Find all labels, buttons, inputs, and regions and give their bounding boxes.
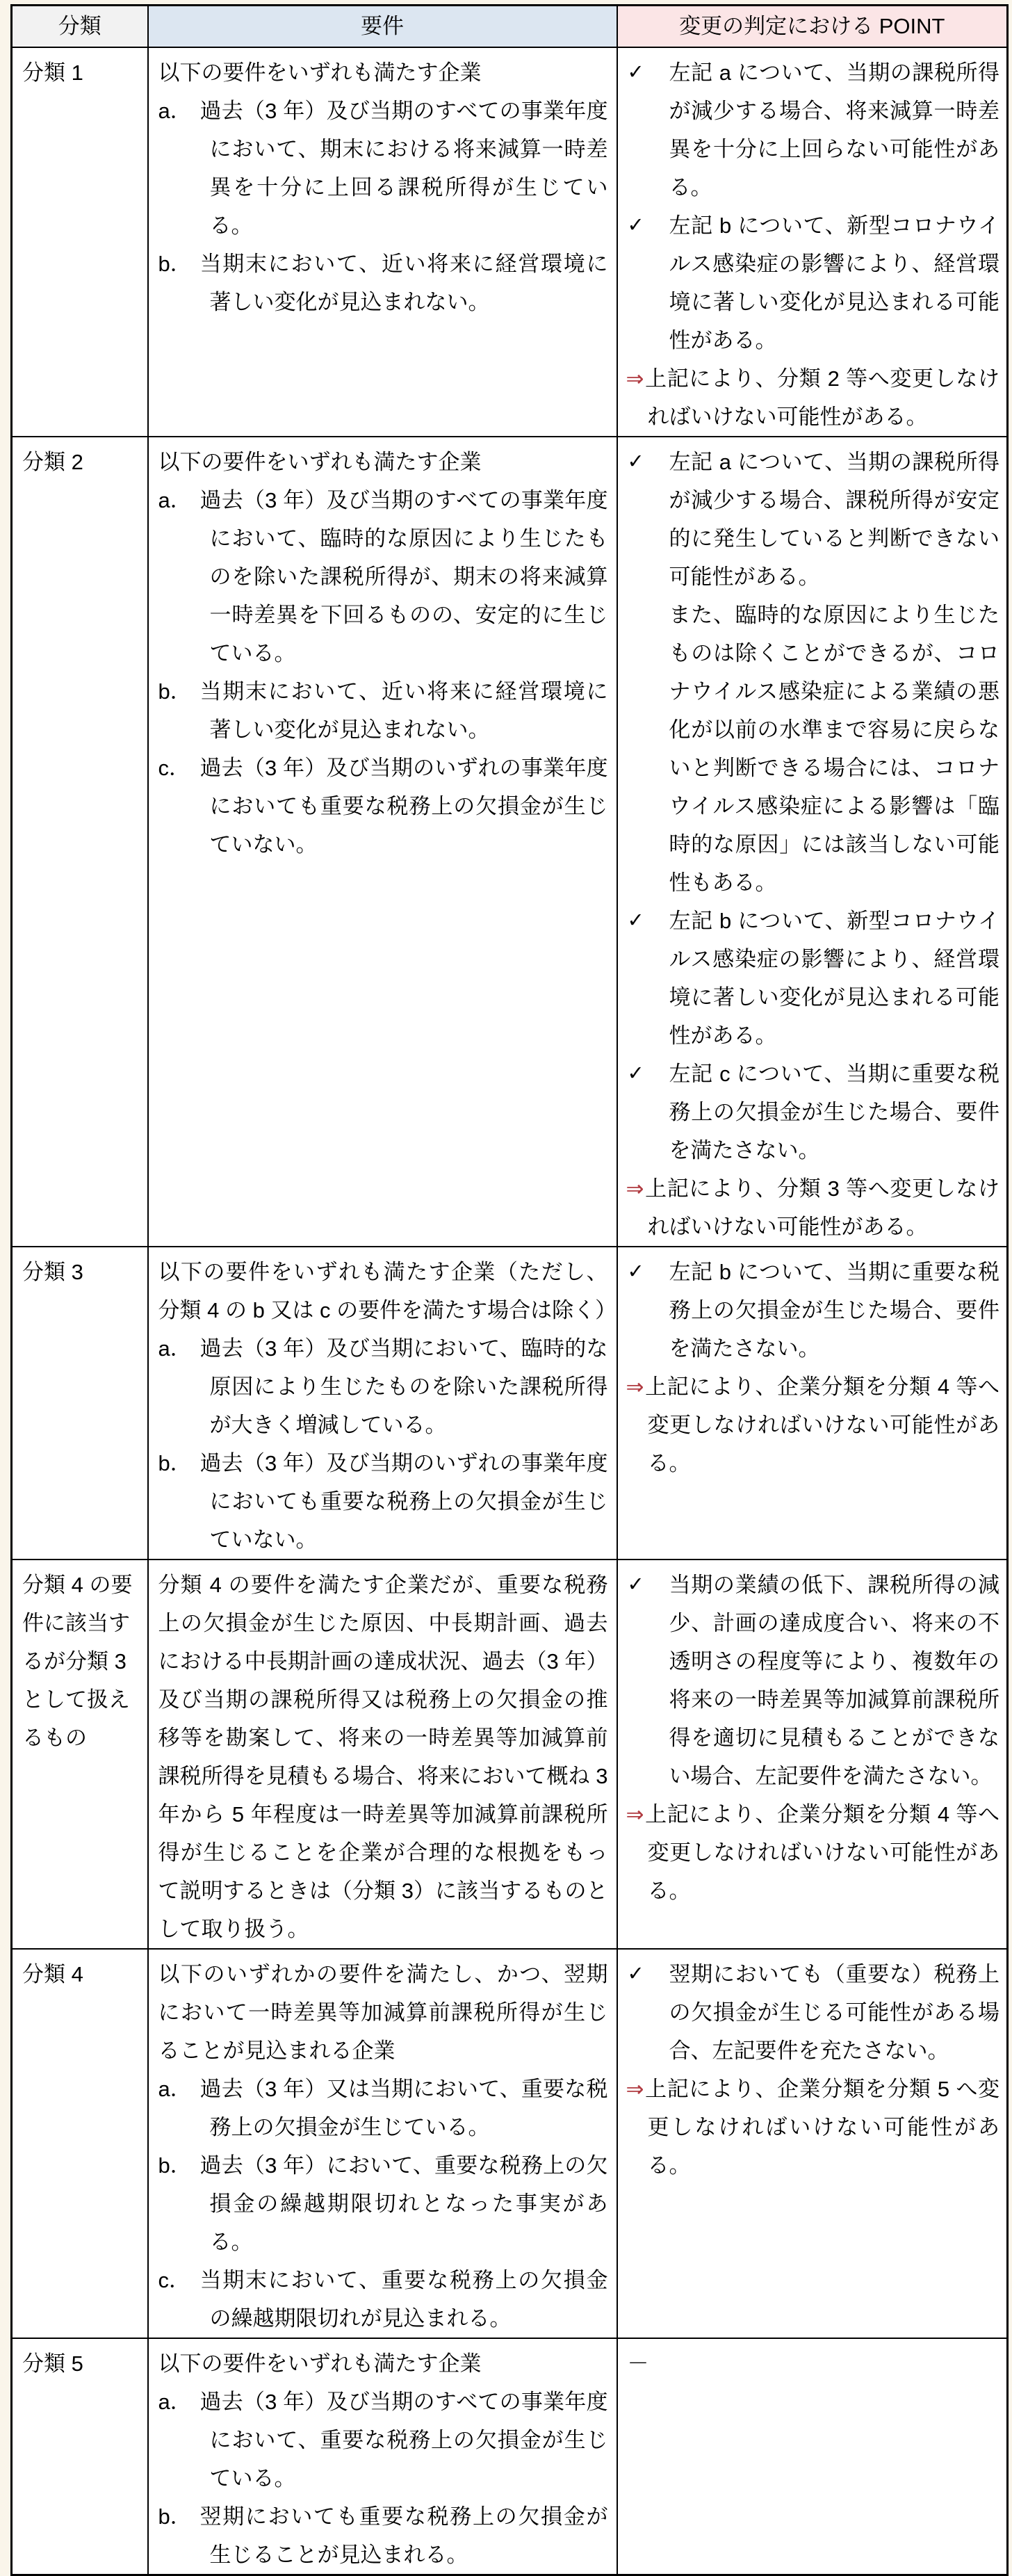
check-icon: ✓ [628,902,644,940]
item-text: 過去（3 年）及び当期において、臨時的な原因により生じたものを除いた課税所得が大… [200,1336,608,1437]
item-marker: c． [158,749,191,787]
arrow-note: ⇒上記により、分類 2 等へ変更しなければいけない可能性がある。 [626,359,1000,436]
table-row: 分類 2 以下の要件をいずれも満たす企業 a． 過去（3 年）及び当期のすべての… [12,437,1008,1247]
list-item: b． 当期末において、近い将来に経営環境に著しい変化が見込まれない。 [158,672,608,749]
row-label: 分類 4 の要件に該当するが分類 3 として扱えるもの [12,1560,148,1949]
arrow-text: 上記により、企業分類を分類 5 へ変更しなければいけない可能性がある。 [644,2077,999,2178]
check-item: ✓ 左記 a について、当期の課税所得が減少する場合、課税所得が安定的に発生して… [626,443,1000,596]
requirements-cell: 以下の要件をいずれも満たす企業（ただし、分類 4 の b 又は c の要件を満た… [148,1247,617,1560]
arrow-icon: ⇒ [626,1176,644,1201]
check-text: 翌期においても（重要な）税務上の欠損金が生じる可能性がある場合、左記要件を充たさ… [669,1962,1000,2063]
list-item: b． 当期末において、近い将来に経営環境に著しい変化が見込まれない。 [158,245,608,321]
item-text: 当期末において、近い将来に経営環境に著しい変化が見込まれない。 [200,679,608,742]
requirements-intro: 以下の要件をいずれも満たす企業 [158,443,608,481]
requirements-paragraph: 分類 4 の要件を満たす企業だが、重要な税務上の欠損金が生じた原因、中長期計画、… [158,1566,608,1948]
item-text: 過去（3 年）において、重要な税務上の欠損金の繰越期限切れとなった事実がある。 [200,2153,608,2254]
item-text: 当期末において、近い将来に経営環境に著しい変化が見込まれない。 [200,252,608,314]
requirements-cell: 以下のいずれかの要件を満たし、かつ、翌期において一時差異等加減算前課税所得が生じ… [148,1949,617,2338]
item-marker: a． [158,1329,192,1368]
check-icon: ✓ [628,206,644,245]
check-text: 左記 c について、当期に重要な税務上の欠損金が生じた場合、要件を満たさない。 [669,1062,1000,1163]
points-cell: ✓ 翌期においても（重要な）税務上の欠損金が生じる可能性がある場合、左記要件を充… [617,1949,1008,2338]
requirements-intro: 以下の要件をいずれも満たす企業（ただし、分類 4 の b 又は c の要件を満た… [158,1253,608,1329]
table-row: 分類 5 以下の要件をいずれも満たす企業 a． 過去（3 年）及び当期のすべての… [12,2338,1008,2382]
check-icon: ✓ [628,443,644,481]
row-label: 分類 1 [12,47,148,437]
points-cell: ✓ 左記 b について、当期に重要な税務上の欠損金が生じた場合、要件を満たさない… [617,1247,1008,1560]
check-icon: ✓ [628,54,644,92]
arrow-note: ⇒上記により、分類 3 等へ変更しなければいけない可能性がある。 [626,1169,1000,1246]
check-item: ✓ 左記 b について、新型コロナウイルス感染症の影響により、経営環境に著しい変… [626,902,1000,1055]
check-item: ✓ 左記 a について、当期の課税所得が減少する場合、将来減算一時差異を十分に上… [626,54,1000,206]
classification-table: 分類 要件 変更の判定における POINT 分類 1 以下の要件をいずれも満たす… [10,4,1009,2382]
arrow-icon: ⇒ [626,1802,644,1826]
arrow-note: ⇒上記により、企業分類を分類 5 へ変更しなければいけない可能性がある。 [626,2070,1000,2185]
table-row: 分類 1 以下の要件をいずれも満たす企業 a． 過去（3 年）及び当期のすべての… [12,47,1008,437]
header-cell-requirements: 要件 [148,6,617,48]
check-text: 左記 a について、当期の課税所得が減少する場合、将来減算一時差異を十分に上回ら… [669,60,1000,200]
check-icon: ✓ [628,1055,644,1093]
list-item: b． 過去（3 年）において、重要な税務上の欠損金の繰越期限切れとなった事実があ… [158,2146,608,2261]
list-item: c． 過去（3 年）及び当期のいずれの事業年度においても重要な税務上の欠損金が生… [158,749,608,864]
arrow-note: ⇒上記により、企業分類を分類 4 等へ変更しなければいけない可能性がある。 [626,1795,1000,1910]
arrow-icon: ⇒ [626,2077,644,2101]
check-item: ✓ 左記 c について、当期に重要な税務上の欠損金が生じた場合、要件を満たさない… [626,1055,1000,1169]
arrow-text: 上記により、分類 3 等へ変更しなければいけない可能性がある。 [644,1176,999,1239]
requirements-cell: 以下の要件をいずれも満たす企業 a． 過去（3 年）及び当期のすべての事業年度に… [148,47,617,437]
list-item: a． 過去（3 年）及び当期のすべての事業年度において、期末における将来減算一時… [158,92,608,245]
arrow-icon: ⇒ [626,1375,644,1399]
list-item: a． 過去（3 年）又は当期において、重要な税務上の欠損金が生じている。 [158,2070,608,2146]
check-item: ✓ 当期の業績の低下、課税所得の減少、計画の達成度合い、将来の不透明さの程度等に… [626,1566,1000,1795]
points-cell: － [617,2338,1008,2382]
item-marker: b． [158,1444,192,1482]
item-marker: c． [158,2261,191,2299]
check-icon: ✓ [628,1253,644,1291]
list-item: a． 過去（3 年）及び当期において、臨時的な原因により生じたものを除いた課税所… [158,1329,608,1444]
item-marker: b． [158,2146,192,2185]
list-item: b． 過去（3 年）及び当期のいずれの事業年度においても重要な税務上の欠損金が生… [158,1444,608,1559]
item-text: 過去（3 年）及び当期のすべての事業年度において、臨時的な原因により生じたものを… [200,488,608,665]
points-cell: ✓ 当期の業績の低下、課税所得の減少、計画の達成度合い、将来の不透明さの程度等に… [617,1560,1008,1949]
points-cell: ✓ 左記 a について、当期の課税所得が減少する場合、将来減算一時差異を十分に上… [617,47,1008,437]
row-label: 分類 4 [12,1949,148,2338]
requirements-intro: 以下の要件をいずれも満たす企業 [158,2344,608,2382]
check-icon: ✓ [628,1566,644,1604]
item-text: 当期末において、重要な税務上の欠損金の繰越期限切れが見込まれる。 [200,2268,608,2331]
check-icon: ✓ [628,1955,644,1993]
header-cell-classification: 分類 [12,6,148,48]
arrow-icon: ⇒ [626,366,644,391]
row-label: 分類 3 [12,1247,148,1560]
no-point-dash: － [626,2344,1000,2382]
item-marker: a． [158,481,192,519]
arrow-text: 上記により、分類 2 等へ変更しなければいけない可能性がある。 [644,366,999,429]
table-row: 分類 3 以下の要件をいずれも満たす企業（ただし、分類 4 の b 又は c の… [12,1247,1008,1560]
item-marker: b． [158,672,192,711]
row-label: 分類 5 [12,2338,148,2382]
check-item: ✓ 左記 b について、当期に重要な税務上の欠損金が生じた場合、要件を満たさない… [626,1253,1000,1368]
item-text: 過去（3 年）及び当期のいずれの事業年度においても重要な税務上の欠損金が生じてい… [200,756,608,857]
check-text: 左記 b について、新型コロナウイルス感染症の影響により、経営環境に著しい変化が… [669,213,1000,353]
check-item-continuation: また、臨時的な原因により生じたものは除くことができるが、コロナウイルス感染症によ… [626,596,1000,902]
check-text: 左記 b について、当期に重要な税務上の欠損金が生じた場合、要件を満たさない。 [669,1260,1000,1361]
item-text: 過去（3 年）又は当期において、重要な税務上の欠損金が生じている。 [200,2077,608,2139]
check-item: ✓ 翌期においても（重要な）税務上の欠損金が生じる可能性がある場合、左記要件を充… [626,1955,1000,2070]
row-label: 分類 2 [12,437,148,1247]
item-marker: a． [158,2070,192,2108]
table-row: 分類 4 の要件に該当するが分類 3 として扱えるもの 分類 4 の要件を満たす… [12,1560,1008,1949]
item-marker: b． [158,245,192,283]
header-cell-point: 変更の判定における POINT [617,6,1008,48]
arrow-text: 上記により、企業分類を分類 4 等へ変更しなければいけない可能性がある。 [644,1375,999,1475]
list-item: a． 過去（3 年）及び当期のすべての事業年度において、臨時的な原因により生じた… [158,481,608,672]
arrow-text: 上記により、企業分類を分類 4 等へ変更しなければいけない可能性がある。 [644,1802,999,1903]
table-row: 分類 4 以下のいずれかの要件を満たし、かつ、翌期において一時差異等加減算前課税… [12,1949,1008,2338]
requirements-intro: 以下のいずれかの要件を満たし、かつ、翌期において一時差異等加減算前課税所得が生じ… [158,1955,608,2070]
item-marker: a． [158,92,192,130]
points-cell: ✓ 左記 a について、当期の課税所得が減少する場合、課税所得が安定的に発生して… [617,437,1008,1247]
check-item: ✓ 左記 b について、新型コロナウイルス感染症の影響により、経営環境に著しい変… [626,206,1000,359]
item-text: 過去（3 年）及び当期のいずれの事業年度においても重要な税務上の欠損金が生じてい… [200,1451,608,1552]
item-text: 過去（3 年）及び当期のすべての事業年度において、期末における将来減算一時差異を… [200,99,608,238]
list-item: c． 当期末において、重要な税務上の欠損金の繰越期限切れが見込まれる。 [158,2261,608,2338]
requirements-cell: 分類 4 の要件を満たす企業だが、重要な税務上の欠損金が生じた原因、中長期計画、… [148,1560,617,1949]
requirements-cell: 以下の要件をいずれも満たす企業 a． 過去（3 年）及び当期のすべての事業年度に… [148,2338,617,2382]
arrow-note: ⇒上記により、企業分類を分類 4 等へ変更しなければいけない可能性がある。 [626,1368,1000,1482]
check-text: 当期の業績の低下、課税所得の減少、計画の達成度合い、将来の不透明さの程度等により… [669,1573,1000,1788]
table-header-row: 分類 要件 変更の判定における POINT [12,6,1008,48]
requirements-cell: 以下の要件をいずれも満たす企業 a． 過去（3 年）及び当期のすべての事業年度に… [148,437,617,1247]
requirements-intro: 以下の要件をいずれも満たす企業 [158,54,608,92]
check-text: 左記 a について、当期の課税所得が減少する場合、課税所得が安定的に発生している… [669,450,1000,589]
check-text: 左記 b について、新型コロナウイルス感染症の影響により、経営環境に著しい変化が… [669,909,1000,1048]
